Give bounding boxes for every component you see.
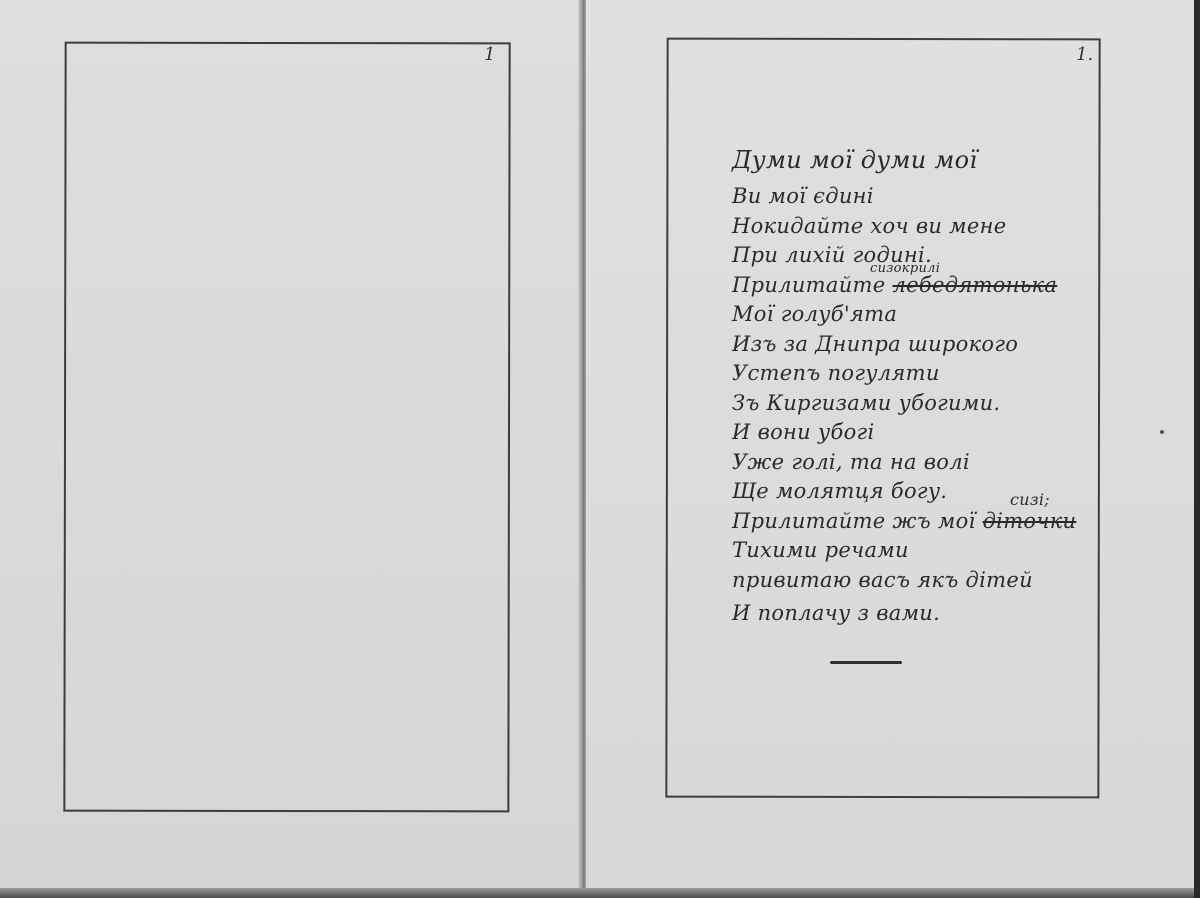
poem-line: Ви мої єдині	[732, 182, 1102, 212]
struck-word: діточки	[983, 509, 1077, 533]
line-text: Устепъ погуляти	[732, 361, 940, 385]
line-text: Ви мої єдині	[732, 184, 874, 208]
struck-word: лебедятонька	[892, 273, 1057, 297]
line-text: Нокидайте хоч ви мене	[732, 214, 1006, 238]
poem-line: Нокидайте хоч ви мене	[732, 212, 1102, 242]
poem-line: Прилитайте жъ мої діточки сизі;	[732, 507, 1102, 537]
poem-line: И поплачу з вами.	[732, 599, 1102, 629]
line-text: Зъ Киргизами убогими.	[732, 391, 1000, 415]
poem-line: Устепъ погуляти	[732, 359, 1102, 389]
line-text: Ще молятця богу.	[732, 479, 947, 503]
line-text: Прилитайте жъ мої	[732, 509, 976, 533]
line-text: Мої голуб'ята	[732, 302, 897, 326]
paper-speck	[1160, 430, 1164, 434]
line-text: Уже голі, та на волі	[732, 450, 970, 474]
line-text: Думи мої думи мої	[732, 146, 977, 174]
line-text: И вони убогі	[732, 420, 874, 444]
line-text: И поплачу з вами.	[732, 601, 940, 625]
book-bottom-edge	[0, 888, 1200, 898]
manuscript-spread: 1 1. Думи мої думи мої Ви мої єдині Ноки…	[0, 0, 1200, 898]
poem-line: Мої голуб'ята	[732, 300, 1102, 330]
poem-line: привитаю васъ якъ дітей	[732, 566, 1102, 596]
interlinear-insertion: сизі;	[1010, 493, 1050, 506]
end-mark-dash	[830, 661, 902, 664]
line-text: привитаю васъ якъ дітей	[732, 568, 1033, 592]
poem-line: Тихими речами	[732, 536, 1102, 566]
line-text: Прилитайте	[732, 273, 885, 297]
poem-line: Уже голі, та на волі	[732, 448, 1102, 478]
poem-line: Думи мої думи мої	[732, 138, 1102, 182]
poem-text: Думи мої думи мої Ви мої єдині Нокидайте…	[732, 138, 1102, 629]
interlinear-insertion: сизокрилі	[870, 262, 940, 275]
line-text: Тихими речами	[732, 538, 909, 562]
left-page-frame	[63, 42, 510, 813]
right-page-number: 1.	[1076, 44, 1093, 65]
left-page-number: 1	[484, 44, 495, 65]
poem-line: Прилитайте лебедятонька сизокрилі	[732, 271, 1102, 301]
book-right-edge	[1194, 0, 1200, 898]
poem-line: И вони убогі	[732, 418, 1102, 448]
poem-line: Зъ Киргизами убогими.	[732, 389, 1102, 419]
poem-line: Изъ за Днипра широкого	[732, 330, 1102, 360]
line-text: Изъ за Днипра широкого	[732, 332, 1018, 356]
left-page: 1	[0, 0, 580, 890]
